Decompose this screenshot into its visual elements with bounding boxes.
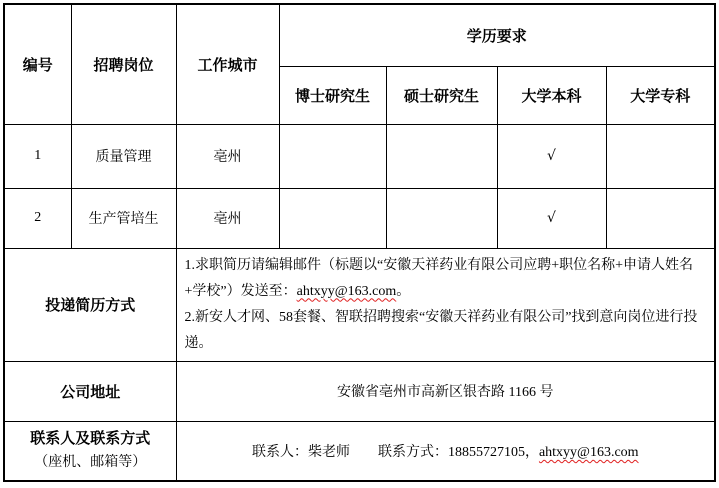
cell-bachelor-checkmark: √: [497, 124, 606, 188]
table-row: 2 生产管培生 亳州 √: [4, 188, 715, 248]
header-city: 工作城市: [176, 4, 279, 124]
cell-college: [606, 188, 715, 248]
contact-email-text: ahtxyy@163.com: [539, 445, 639, 460]
resume-line1-text: 1.求职简历请编辑邮件（标题以“安徽天祥药业有限公司应聘+职位名称+申请人姓名+…: [185, 258, 694, 299]
contact-row: 联系人及联系方式 （座机、邮箱等） 联系人：柴老师 联系方式：188557271…: [4, 421, 715, 481]
contact-value-text: 联系人：柴老师 联系方式：18855727105，: [252, 445, 539, 460]
address-row: 公司地址 安徽省亳州市高新区银杏路 1166 号: [4, 361, 715, 421]
resume-line-2: 2.新安人才网、58套餐、智联招聘搜索“安徽天祥药业有限公司”找到意向岗位进行投…: [185, 305, 705, 357]
contact-label-line1: 联系人及联系方式: [5, 427, 176, 451]
contact-label: 联系人及联系方式 （座机、邮箱等）: [4, 421, 176, 481]
resume-instructions: 1.求职简历请编辑邮件（标题以“安徽天祥药业有限公司应聘+职位名称+申请人姓名+…: [176, 248, 715, 361]
recruitment-table: 编号 招聘岗位 工作城市 学历要求 博士研究生 硕士研究生 大学本科 大学专科 …: [3, 3, 716, 482]
header-edu-master: 硕士研究生: [386, 66, 497, 124]
header-edu-bachelor: 大学本科: [497, 66, 606, 124]
cell-master: [386, 188, 497, 248]
cell-position: 生产管培生: [71, 188, 176, 248]
cell-number: 2: [4, 188, 71, 248]
resume-line-1: 1.求职简历请编辑邮件（标题以“安徽天祥药业有限公司应聘+职位名称+申请人姓名+…: [185, 253, 705, 305]
cell-phd: [279, 124, 386, 188]
header-edu-college: 大学专科: [606, 66, 715, 124]
address-value: 安徽省亳州市高新区银杏路 1166 号: [176, 361, 715, 421]
cell-number: 1: [4, 124, 71, 188]
header-edu-phd: 博士研究生: [279, 66, 386, 124]
document-page: 编号 招聘岗位 工作城市 学历要求 博士研究生 硕士研究生 大学本科 大学专科 …: [0, 0, 719, 488]
header-education-group: 学历要求: [279, 4, 715, 66]
cell-position: 质量管理: [71, 124, 176, 188]
header-number: 编号: [4, 4, 71, 124]
resume-label: 投递简历方式: [4, 248, 176, 361]
cell-bachelor-checkmark: √: [497, 188, 606, 248]
resume-email-text: ahtxyy@163.com: [297, 284, 397, 299]
contact-label-line2: （座机、邮箱等）: [5, 451, 176, 475]
cell-city: 亳州: [176, 188, 279, 248]
header-position: 招聘岗位: [71, 4, 176, 124]
resume-line1-suffix: 。: [396, 284, 410, 299]
contact-value: 联系人：柴老师 联系方式：18855727105，ahtxyy@163.com: [176, 421, 715, 481]
table-row: 1 质量管理 亳州 √: [4, 124, 715, 188]
cell-college: [606, 124, 715, 188]
address-label: 公司地址: [4, 361, 176, 421]
cell-phd: [279, 188, 386, 248]
header-row-main: 编号 招聘岗位 工作城市 学历要求: [4, 4, 715, 66]
cell-city: 亳州: [176, 124, 279, 188]
cell-master: [386, 124, 497, 188]
resume-row: 投递简历方式 1.求职简历请编辑邮件（标题以“安徽天祥药业有限公司应聘+职位名称…: [4, 248, 715, 361]
